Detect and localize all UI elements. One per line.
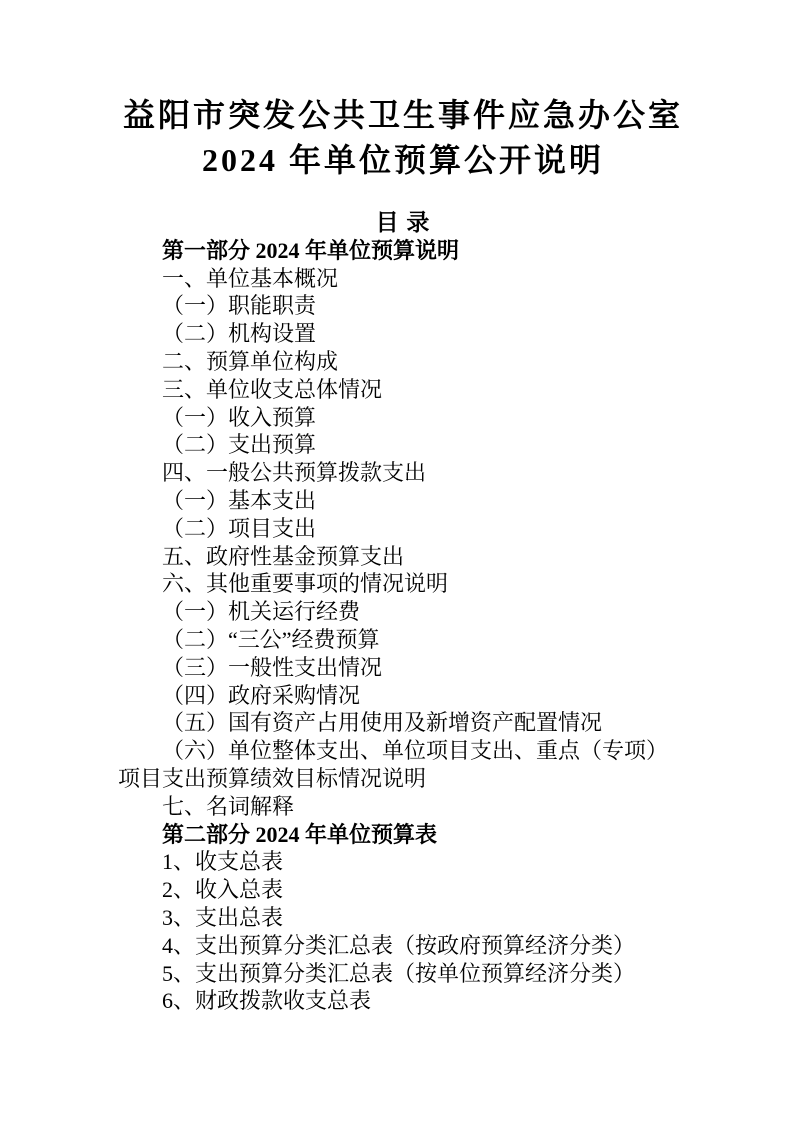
toc-entry: （六）单位整体支出、单位项目支出、重点（专项） [118,737,688,765]
toc-entry: 项目支出预算绩效目标情况说明 [118,765,688,793]
toc-entry: 6、财政拨款收支总表 [118,987,688,1015]
toc-entry: 2、收入总表 [118,876,688,904]
toc-entry: （二）支出预算 [118,431,688,459]
document-page: 益阳市突发公共卫生事件应急办公室 2024 年单位预算公开说明 目 录 第一部分… [0,0,793,1122]
toc-entry: 二、预算单位构成 [118,348,688,376]
toc-entry: （二）“三公”经费预算 [118,626,688,654]
toc-entry: 六、其他重要事项的情况说明 [118,570,688,598]
toc-entry: 四、一般公共预算拨款支出 [118,459,688,487]
table-of-contents: 目 录 第一部分 2024 年单位预算说明一、单位基本概况（一）职能职责（二）机… [118,209,688,1015]
toc-entry: 一、单位基本概况 [118,265,688,293]
toc-entry: （三）一般性支出情况 [118,654,688,682]
toc-list: 第一部分 2024 年单位预算说明一、单位基本概况（一）职能职责（二）机构设置二… [118,237,688,1015]
title-line-1: 益阳市突发公共卫生事件应急办公室 [118,93,688,138]
toc-entry: 1、收支总表 [118,848,688,876]
toc-heading: 目 录 [118,209,688,237]
toc-entry: （一）收入预算 [118,404,688,432]
toc-entry: 3、支出总表 [118,904,688,932]
toc-entry: （二）项目支出 [118,515,688,543]
toc-entry: （四）政府采购情况 [118,682,688,710]
toc-entry: （一）基本支出 [118,487,688,515]
toc-entry: 七、名词解释 [118,793,688,821]
document-title: 益阳市突发公共卫生事件应急办公室 2024 年单位预算公开说明 [118,93,688,183]
title-line-2: 2024 年单位预算公开说明 [118,138,688,183]
toc-entry: （五）国有资产占用使用及新增资产配置情况 [118,709,688,737]
toc-entry: 5、支出预算分类汇总表（按单位预算经济分类） [118,960,688,988]
toc-entry: 第二部分 2024 年单位预算表 [118,821,688,849]
toc-entry: 第一部分 2024 年单位预算说明 [118,237,688,265]
toc-entry: 三、单位收支总体情况 [118,376,688,404]
toc-entry: （二）机构设置 [118,320,688,348]
toc-entry: 五、政府性基金预算支出 [118,543,688,571]
toc-entry: （一）职能职责 [118,292,688,320]
toc-entry: （一）机关运行经费 [118,598,688,626]
toc-entry: 4、支出预算分类汇总表（按政府预算经济分类） [118,932,688,960]
